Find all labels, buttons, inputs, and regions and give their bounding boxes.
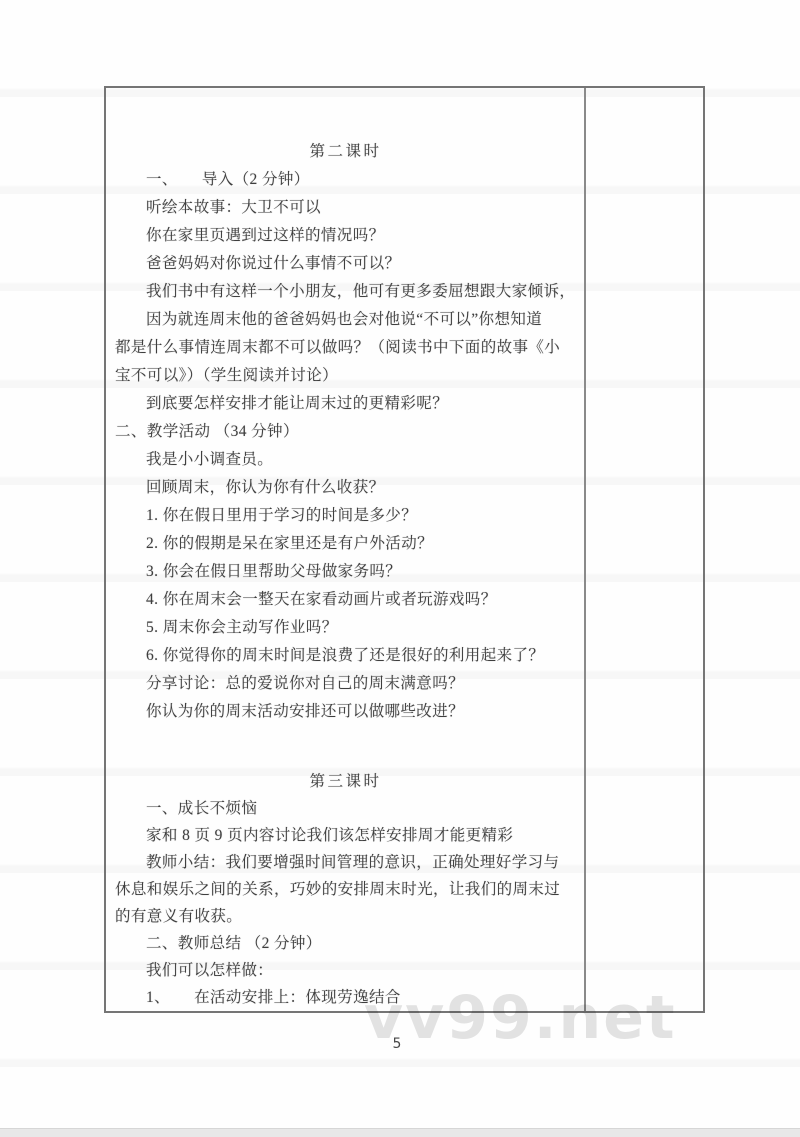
text-line: 一、成长不烦恼 — [115, 795, 576, 822]
page-edge-strip — [0, 1128, 800, 1137]
text-line: 1、 在活动安排上：体现劳逸结合 — [115, 984, 576, 1011]
text-line: 的有意义有收获。 — [115, 903, 576, 930]
text-line: 3. 你会在假日里帮助父母做家务吗？ — [115, 558, 576, 586]
text-line: 4. 你在周末会一整天在家看动画片或者玩游戏吗？ — [115, 586, 576, 614]
text-line: 6. 你觉得你的周末时间是浪费了还是很好的利用起来了？ — [115, 642, 576, 670]
text-line: 教师小结：我们要增强时间管理的意识，正确处理好学习与 — [115, 849, 576, 876]
text-line: 我们可以怎样做： — [115, 957, 576, 984]
lesson-content-cell: 第二课时 一、 导入（2 分钟） 听绘本故事：大卫不可以 你在家里页遇到过这样的… — [106, 88, 586, 1011]
notes-column-cell — [586, 88, 703, 1011]
text-line: 休息和娱乐之间的关系，巧妙的安排周末时光，让我们的周末过 — [115, 876, 576, 903]
text-line: 我是小小调查员。 — [115, 446, 576, 474]
text-line: 因为就连周末他的爸爸妈妈也会对他说“不可以”你想知道 — [115, 306, 576, 334]
page-number: 5 — [0, 1036, 794, 1052]
text-line: 5. 周末你会主动写作业吗？ — [115, 614, 576, 642]
lesson-plan-table: 第二课时 一、 导入（2 分钟） 听绘本故事：大卫不可以 你在家里页遇到过这样的… — [104, 86, 705, 1013]
scanned-document-page: 第二课时 一、 导入（2 分钟） 听绘本故事：大卫不可以 你在家里页遇到过这样的… — [0, 0, 800, 1137]
text-line: 听绘本故事：大卫不可以 — [115, 194, 576, 222]
text-line: 你在家里页遇到过这样的情况吗？ — [115, 222, 576, 250]
text-line: 家和 8 页 9 页内容讨论我们该怎样安排周才能更精彩 — [115, 822, 576, 849]
lesson2-title: 第二课时 — [115, 138, 576, 166]
text-line: 到底要怎样安排才能让周末过的更精彩呢？ — [115, 390, 576, 418]
text-line: 二、教师总结 （2 分钟） — [115, 930, 576, 957]
section-gap — [115, 726, 576, 768]
text-line: 一、 导入（2 分钟） — [115, 166, 576, 194]
text-line: 二、教学活动 （34 分钟） — [115, 418, 576, 446]
text-line: 回顾周末，你认为你有什么收获？ — [115, 474, 576, 502]
text-line: 你认为你的周末活动安排还可以做哪些改进？ — [115, 698, 576, 726]
lesson3-title: 第三课时 — [115, 768, 576, 795]
text-line: 2. 你的假期是呆在家里还是有户外活动？ — [115, 530, 576, 558]
text-line: 1. 你在假日里用于学习的时间是多少？ — [115, 502, 576, 530]
text-line: 爸爸妈妈对你说过什么事情不可以？ — [115, 250, 576, 278]
text-line: 我们书中有这样一个小朋友，他可有更多委屈想跟大家倾诉， — [115, 278, 576, 306]
text-line: 分享讨论：总的爱说你对自己的周末满意吗？ — [115, 670, 576, 698]
text-line: 都是什么事情连周末都不可以做吗？（阅读书中下面的故事《小 — [115, 334, 576, 362]
text-line: 宝不可以》）（学生阅读并讨论） — [115, 362, 576, 390]
